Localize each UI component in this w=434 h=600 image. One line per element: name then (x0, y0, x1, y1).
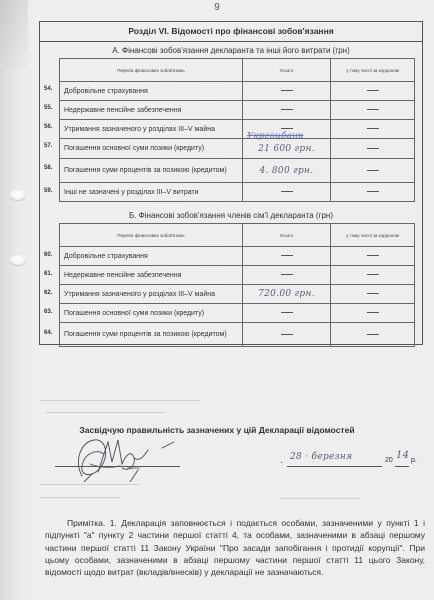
abroad-value (331, 139, 415, 159)
dash-mark (281, 312, 293, 313)
page-number: 9 (0, 2, 434, 13)
header-abroad: у тому числі за кордоном (331, 59, 415, 82)
footnote: Примітка. 1. Декларація заповнюється і п… (45, 517, 425, 578)
total-value (243, 266, 331, 285)
row-number: 56. (44, 124, 58, 130)
part-b-title: Б. Фінансові зобов'язання членів сім'ї д… (40, 211, 422, 220)
abroad-value (331, 285, 415, 304)
abroad-value (331, 266, 415, 285)
abroad-value (331, 183, 415, 202)
scan-artifact (45, 412, 165, 413)
part-a-table: Перелік фінансових зобов'язань Усього у … (59, 58, 415, 202)
row-number: 64. (44, 330, 58, 336)
obligation-label: Інші не зазначені у розділах III–V витра… (60, 183, 243, 202)
total-value (243, 323, 331, 347)
obligation-label: Недержавне пенсійне забезпечення (60, 266, 243, 285)
total-value (243, 82, 331, 101)
dash-mark (281, 128, 293, 129)
abroad-value (331, 101, 415, 120)
handwritten-year: 14 (396, 450, 409, 461)
abroad-value (331, 247, 415, 266)
handwritten-amount: 21 600 грн. (258, 144, 315, 154)
abroad-value (331, 159, 415, 183)
row-number: 55. (44, 105, 58, 111)
signature-scribble (70, 432, 180, 482)
dash-mark (367, 255, 379, 256)
table-header-row: Перелік фінансових зобов'язань Усього у … (60, 59, 415, 82)
dash-mark (281, 334, 293, 335)
date-line (287, 466, 382, 467)
scan-artifact (40, 400, 200, 401)
footnote-text: Примітка. 1. Декларація заповнюється і п… (45, 517, 425, 578)
row-number: 54. (44, 86, 58, 92)
abroad-value (331, 82, 415, 101)
row-number: 57. (44, 143, 58, 149)
table-row: Погашення основної суми позики (кредиту) (60, 304, 415, 323)
dash-mark (281, 191, 293, 192)
dash-mark (367, 90, 379, 91)
header-obligations: Перелік фінансових зобов'язань (60, 59, 243, 82)
obligation-label: Погашення суми процентів за позикою (кре… (60, 323, 243, 347)
date-dot: · (280, 457, 283, 467)
obligation-label: Утримання зазначеного у розділах III–V м… (60, 120, 243, 139)
dash-mark (367, 128, 379, 129)
row-number: 61. (44, 271, 58, 277)
dash-mark (281, 90, 293, 91)
scan-artifact (40, 484, 140, 485)
row-number: 58. (44, 165, 58, 171)
obligation-label: Погашення основної суми позики (кредиту) (60, 304, 243, 323)
dash-mark (367, 293, 379, 294)
header-total: Усього (243, 224, 331, 247)
total-value (243, 247, 331, 266)
table-row: Добровільне страхування (60, 247, 415, 266)
dash-mark (367, 148, 379, 149)
table-row: Інші не зазначені у розділах III–V витра… (60, 183, 415, 202)
total-value: 720.00 грн. (243, 285, 331, 304)
table-row: Погашення основної суми позики (кредиту)… (60, 139, 415, 159)
certification-statement: Засвідчую правильність зазначених у цій … (0, 425, 434, 435)
dash-mark (367, 334, 379, 335)
header-total: Усього (243, 59, 331, 82)
dash-mark (367, 109, 379, 110)
total-value: Укрсоцбанк 21 600 грн. (243, 139, 331, 159)
row-number: 59. (44, 188, 58, 194)
dash-mark (367, 170, 379, 171)
obligation-label: Утримання зазначеного у розділах III–V м… (60, 285, 243, 304)
handwritten-bank-note: Укрсоцбанк (247, 131, 303, 141)
abroad-value (331, 304, 415, 323)
dash-mark (281, 274, 293, 275)
dash-mark (281, 109, 293, 110)
row-number: 63. (44, 309, 58, 315)
total-value (243, 304, 331, 323)
year-suffix: р. (411, 457, 417, 464)
table-header-row: Перелік фінансових зобов'язань Усього у … (60, 224, 415, 247)
part-b-table: Перелік фінансових зобов'язань Усього у … (59, 223, 415, 347)
obligation-label: Недержавне пенсійне забезпечення (60, 101, 243, 120)
handwritten-amount: 4. 800 грн. (260, 166, 314, 176)
dash-mark (367, 191, 379, 192)
table-row: Недержавне пенсійне забезпечення (60, 101, 415, 120)
handwritten-amount: 720.00 грн. (258, 289, 315, 299)
table-row: Добровільне страхування (60, 82, 415, 101)
dash-mark (281, 255, 293, 256)
abroad-value (331, 323, 415, 347)
dash-mark (367, 274, 379, 275)
table-row: Погашення суми процентів за позикою (кре… (60, 323, 415, 347)
total-value (243, 101, 331, 120)
row-number: 62. (44, 290, 58, 296)
punch-hole-top (10, 190, 26, 200)
total-value (243, 183, 331, 202)
obligation-label: Добровільне страхування (60, 82, 243, 101)
obligation-label: Добровільне страхування (60, 247, 243, 266)
year-prefix: 20 (385, 457, 393, 464)
table-row: Недержавне пенсійне забезпечення (60, 266, 415, 285)
header-abroad: у тому числі за кордоном (331, 224, 415, 247)
year-line (395, 466, 409, 467)
table-row: Утримання зазначеного у розділах III–V м… (60, 285, 415, 304)
handwritten-date: 28 · березня (290, 452, 352, 462)
header-obligations: Перелік фінансових зобов'язань (60, 224, 243, 247)
table-row: Погашення суми процентів за позикою (кре… (60, 159, 415, 183)
abroad-value (331, 120, 415, 139)
scan-artifact (280, 498, 360, 499)
obligation-label: Погашення суми процентів за позикою (кре… (60, 159, 243, 183)
punch-hole-bottom (10, 255, 26, 265)
section-vi-box: Розділ VI. Відомості про фінансові зобов… (39, 21, 423, 345)
dash-mark (367, 312, 379, 313)
table-row: Утримання зазначеного у розділах III–V м… (60, 120, 415, 139)
signature-line (55, 466, 180, 467)
total-value: 4. 800 грн. (243, 159, 331, 183)
scan-artifact (40, 497, 120, 498)
part-a-title: А. Фінансові зобов'язання декларанта та … (40, 46, 422, 55)
obligation-label: Погашення основної суми позики (кредиту) (60, 139, 243, 159)
section-title: Розділ VI. Відомості про фінансові зобов… (40, 22, 422, 42)
row-number: 60. (44, 252, 58, 258)
signature-caption: (підпис) (127, 466, 140, 470)
